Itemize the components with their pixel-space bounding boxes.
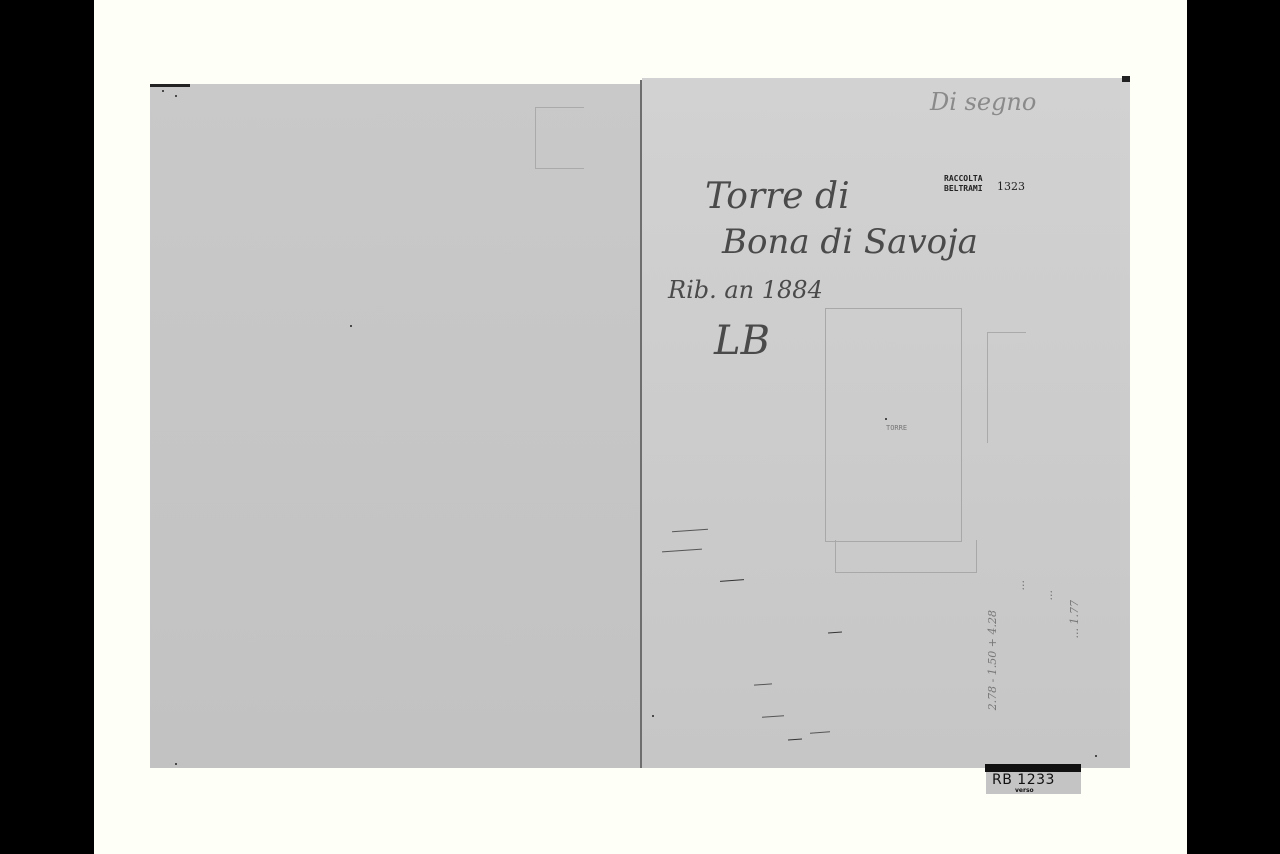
speck — [652, 715, 654, 717]
floor-plan-annex — [987, 332, 1026, 443]
floor-plan-base — [835, 540, 977, 573]
stamp-line2: BELTRAMI — [944, 184, 983, 194]
catalog-side: verso — [1015, 787, 1034, 794]
speck — [175, 95, 177, 97]
speck — [162, 90, 164, 92]
speck — [885, 418, 887, 420]
faint-sketch-box — [535, 107, 584, 169]
corner-note: Di segno — [930, 88, 1036, 116]
vertical-note: ... — [1014, 580, 1027, 591]
vertical-note: ... — [1042, 590, 1055, 601]
sheet-edge-mark — [150, 84, 190, 87]
collection-stamp: RACCOLTA BELTRAMI — [944, 174, 983, 194]
stamp-line1: RACCOLTA — [944, 174, 983, 184]
right-frame-bar — [1187, 0, 1280, 854]
vertical-note: 2.78 - 1.50 + 4.28 — [986, 610, 999, 710]
catalog-code: RB 1233 — [992, 772, 1055, 788]
speck — [175, 763, 177, 765]
handwritten-title-line2: Bona di Savoja — [722, 222, 978, 262]
sheet-bottom-shadow — [985, 764, 1081, 772]
handwritten-date: Rib. an 1884 — [668, 276, 823, 304]
left-frame-bar — [0, 0, 94, 854]
handwritten-title-line1: Torre di — [705, 176, 850, 217]
speck — [1095, 755, 1097, 757]
stamp-number: 1323 — [997, 180, 1025, 193]
left-page — [150, 84, 640, 768]
center-fold — [640, 80, 642, 768]
sheet-corner-mark — [1122, 76, 1130, 82]
vertical-measurement-notes: 2.78 - 1.50 + 4.28 ... ... ... 1.77 — [980, 570, 1090, 760]
speck — [350, 325, 352, 327]
floor-plan-label: TORRE — [886, 424, 907, 432]
vertical-note: ... 1.77 — [1068, 600, 1081, 638]
handwritten-monogram: LB — [714, 318, 770, 364]
